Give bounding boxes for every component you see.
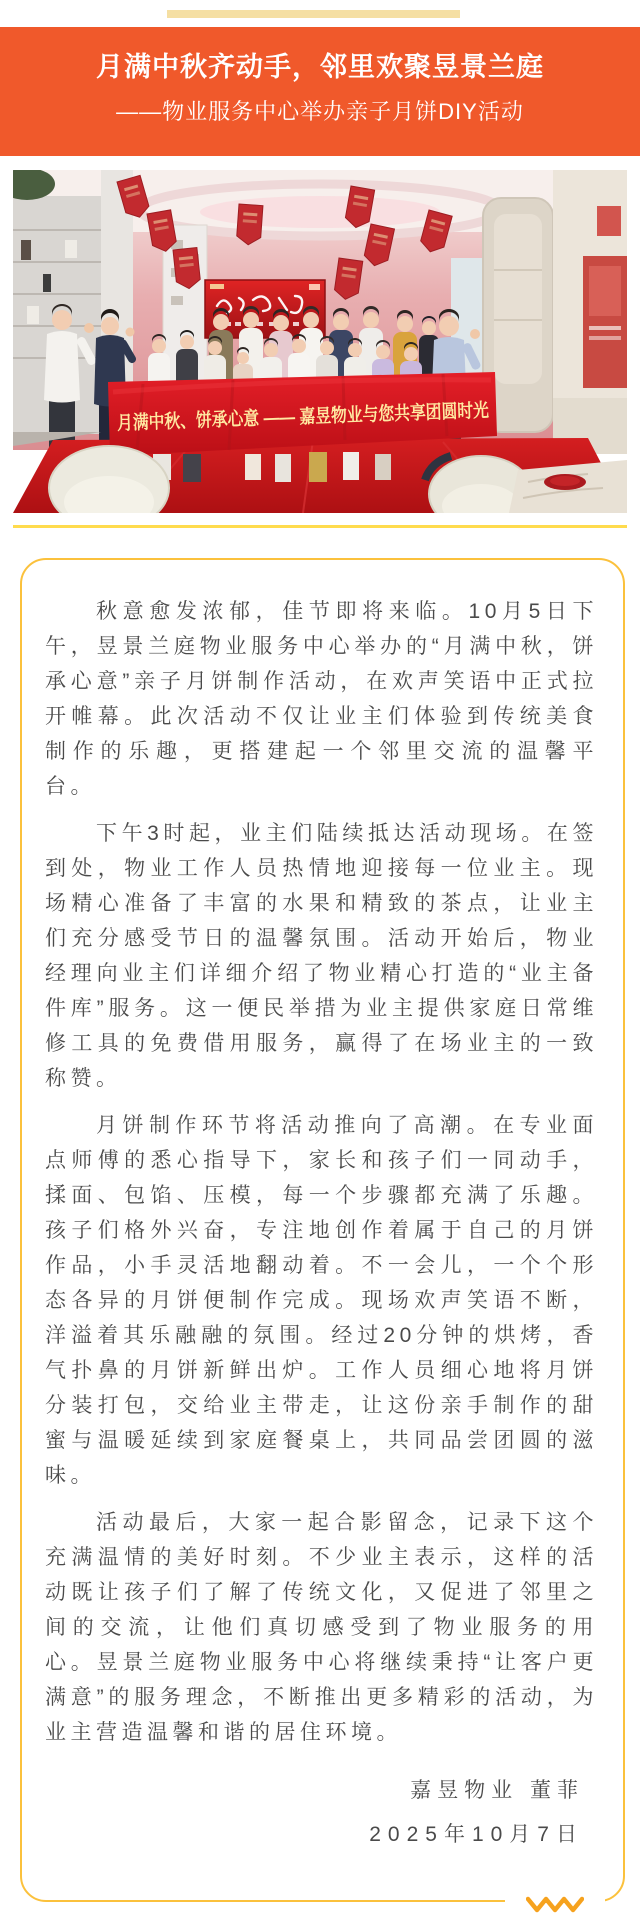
top-accent-bar (167, 10, 460, 18)
article-page: 月满中秋齐动手，邻里欢聚昱景兰庭 ——物业服务中心举办亲子月饼DIY活动 (0, 0, 640, 1925)
signature-date: 2025年10月7日 (45, 1820, 584, 1850)
signature-block: 嘉昱物业 董菲 2025年10月7日 (45, 1776, 598, 1850)
zigzag-icon (526, 1895, 584, 1913)
zigzag-decoration (505, 1892, 605, 1916)
event-group-photo: 月满中秋、饼承心意 —— 嘉昱物业与您共享团圆时光 (13, 170, 627, 513)
article-body-card: 秋意愈发浓郁，佳节即将来临。10月5日下午，昱景兰庭物业服务中心举办的“月满中秋… (20, 558, 625, 1902)
yellow-divider-line (13, 525, 627, 528)
article-paragraph-3: 月饼制作环节将活动推向了高潮。在专业面点师傅的悉心指导下，家长和孩子们一同动手，… (45, 1108, 598, 1493)
article-paragraph-4: 活动最后，大家一起合影留念，记录下这个充满温情的美好时刻。不少业主表示，这样的活… (45, 1505, 598, 1750)
article-paragraph-2: 下午3时起，业主们陆续抵达活动现场。在签到处，物业工作人员热情地迎接每一位业主。… (45, 816, 598, 1096)
signature-author: 嘉昱物业 董菲 (45, 1776, 584, 1806)
article-paragraph-1: 秋意愈发浓郁，佳节即将来临。10月5日下午，昱景兰庭物业服务中心举办的“月满中秋… (45, 594, 598, 804)
article-subtitle: ——物业服务中心举办亲子月饼DIY活动 (0, 100, 640, 124)
article-title: 月满中秋齐动手，邻里欢聚昱景兰庭 (0, 27, 640, 82)
article-header: 月满中秋齐动手，邻里欢聚昱景兰庭 ——物业服务中心举办亲子月饼DIY活动 (0, 27, 640, 156)
